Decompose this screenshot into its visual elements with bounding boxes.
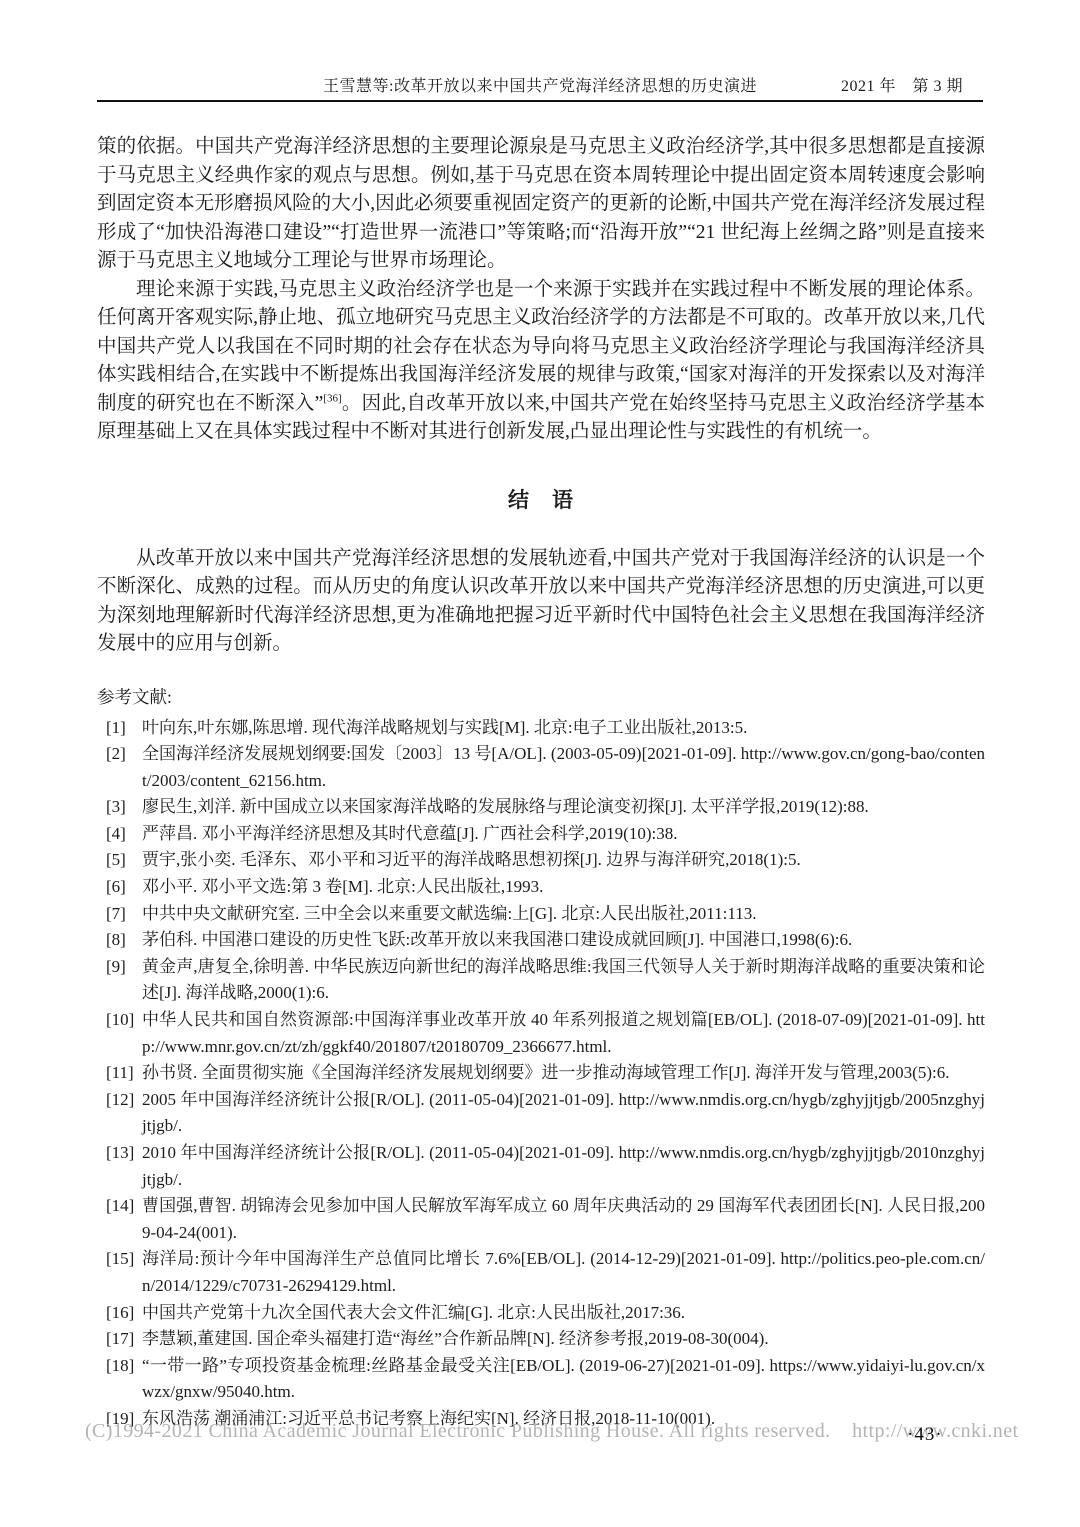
journal-page: 王雪慧等:改革开放以来中国共产党海洋经济思想的历史演进 2021 年 第 3 期… bbox=[0, 0, 1080, 1527]
reference-item: [12]2005 年中国海洋经济统计公报[R/OL]. (2011-05-04)… bbox=[106, 1087, 985, 1140]
reference-item: [13]2010 年中国海洋经济统计公报[R/OL]. (2011-05-04)… bbox=[106, 1140, 985, 1193]
reference-text: 全国海洋经济发展规划纲要:国发〔2003〕13 号[A/OL]. (2003-0… bbox=[142, 741, 985, 794]
reference-item: [11]孙书贤. 全面贯彻实施《全国海洋经济发展规划纲要》进一步推动海域管理工作… bbox=[106, 1060, 985, 1087]
reference-text: 叶向东,叶东娜,陈思增. 现代海洋战略规划与实践[M]. 北京:电子工业出版社,… bbox=[142, 715, 985, 742]
reference-item: [5]贾宇,张小奕. 毛泽东、邓小平和习近平的海洋战略思想初探[J]. 边界与海… bbox=[106, 847, 985, 874]
reference-item: [14]曹国强,曹智. 胡锦涛会见参加中国人民解放军海军成立 60 周年庆典活动… bbox=[106, 1193, 985, 1246]
conclusion-heading: 结 语 bbox=[97, 484, 985, 514]
reference-number: [8] bbox=[106, 927, 142, 954]
reference-text: 严萍昌. 邓小平海洋经济思想及其时代意蕴[J]. 广西社会科学,2019(10)… bbox=[142, 821, 985, 848]
reference-text: 中共中央文献研究室. 三中全会以来重要文献选编:上[G]. 北京:人民出版社,2… bbox=[142, 901, 985, 928]
paragraph-theory: 理论来源于实践,马克思主义政治经济学也是一个来源于实践并在实践过程中不断发展的理… bbox=[97, 276, 985, 447]
copyright-notice: (C)1994-2021 China Academic Journal Elec… bbox=[85, 1420, 1018, 1443]
reference-text: 2005 年中国海洋经济统计公报[R/OL]. (2011-05-04)[202… bbox=[142, 1087, 985, 1140]
reference-number: [12] bbox=[106, 1087, 142, 1140]
reference-number: [10] bbox=[106, 1007, 142, 1060]
reference-text: 孙书贤. 全面贯彻实施《全国海洋经济发展规划纲要》进一步推动海域管理工作[J].… bbox=[142, 1060, 985, 1087]
reference-number: [13] bbox=[106, 1140, 142, 1193]
reference-number: [14] bbox=[106, 1193, 142, 1246]
reference-number: [7] bbox=[106, 901, 142, 928]
reference-text: 海洋局:预计今年中国海洋生产总值同比增长 7.6%[EB/OL]. (2014-… bbox=[142, 1246, 985, 1299]
reference-text: 李慧颖,董建国. 国企牵头福建打造“海丝”合作新品牌[N]. 经济参考报,201… bbox=[142, 1326, 985, 1353]
reference-text: 曹国强,曹智. 胡锦涛会见参加中国人民解放军海军成立 60 周年庆典活动的 29… bbox=[142, 1193, 985, 1246]
reference-item: [1]叶向东,叶东娜,陈思增. 现代海洋战略规划与实践[M]. 北京:电子工业出… bbox=[106, 715, 985, 742]
reference-number: [15] bbox=[106, 1246, 142, 1299]
paragraph-continuation: 策的依据。中国共产党海洋经济思想的主要理论源泉是马克思主义政治经济学,其中很多思… bbox=[97, 133, 985, 276]
reference-item: [9]黄金声,唐复全,徐明善. 中华民族迈向新世纪的海洋战略思维:我国三代领导人… bbox=[106, 954, 985, 1007]
reference-number: [9] bbox=[106, 954, 142, 1007]
reference-text: 廖民生,刘洋. 新中国成立以来国家海洋战略的发展脉络与理论演变初探[J]. 太平… bbox=[142, 794, 985, 821]
reference-number: [6] bbox=[106, 874, 142, 901]
reference-text: 黄金声,唐复全,徐明善. 中华民族迈向新世纪的海洋战略思维:我国三代领导人关于新… bbox=[142, 954, 985, 1007]
page-number: ·43· bbox=[907, 1424, 943, 1446]
reference-text: 茅伯科. 中国港口建设的历史性飞跃:改革开放以来我国港口建设成就回顾[J]. 中… bbox=[142, 927, 985, 954]
header-rule bbox=[97, 100, 983, 102]
reference-item: [3]廖民生,刘洋. 新中国成立以来国家海洋战略的发展脉络与理论演变初探[J].… bbox=[106, 794, 985, 821]
reference-number: [11] bbox=[106, 1060, 142, 1087]
conclusion-paragraph: 从改革开放以来中国共产党海洋经济思想的发展轨迹看,中国共产党对于我国海洋经济的认… bbox=[97, 545, 985, 659]
reference-text: “一带一路”专项投资基金梳理:丝路基金最受关注[EB/OL]. (2019-06… bbox=[142, 1353, 985, 1406]
issue-info: 2021 年 第 3 期 bbox=[841, 73, 963, 96]
reference-text: 中华人民共和国自然资源部:中国海洋事业改革开放 40 年系列报道之规划篇[EB/… bbox=[142, 1007, 985, 1060]
page-header: 王雪慧等:改革开放以来中国共产党海洋经济思想的历史演进 2021 年 第 3 期 bbox=[97, 0, 983, 97]
reference-item: [2]全国海洋经济发展规划纲要:国发〔2003〕13 号[A/OL]. (200… bbox=[106, 741, 985, 794]
reference-number: [3] bbox=[106, 794, 142, 821]
reference-number: [5] bbox=[106, 847, 142, 874]
reference-number: [1] bbox=[106, 715, 142, 742]
reference-item: [8]茅伯科. 中国港口建设的历史性飞跃:改革开放以来我国港口建设成就回顾[J]… bbox=[106, 927, 985, 954]
reference-item: [17]李慧颖,董建国. 国企牵头福建打造“海丝”合作新品牌[N]. 经济参考报… bbox=[106, 1326, 985, 1353]
reference-text: 2010 年中国海洋经济统计公报[R/OL]. (2011-05-04)[202… bbox=[142, 1140, 985, 1193]
reference-item: [7]中共中央文献研究室. 三中全会以来重要文献选编:上[G]. 北京:人民出版… bbox=[106, 901, 985, 928]
reference-number: [16] bbox=[106, 1300, 142, 1327]
reference-text: 贾宇,张小奕. 毛泽东、邓小平和习近平的海洋战略思想初探[J]. 边界与海洋研究… bbox=[142, 847, 985, 874]
reference-item: [18]“一带一路”专项投资基金梳理:丝路基金最受关注[EB/OL]. (201… bbox=[106, 1353, 985, 1406]
citation-marker-36: [36] bbox=[323, 392, 341, 404]
page-footer: (C)1994-2021 China Academic Journal Elec… bbox=[85, 1420, 1080, 1450]
reference-item: [16]中国共产党第十九次全国代表大会文件汇编[G]. 北京:人民出版社,201… bbox=[106, 1300, 985, 1327]
reference-text: 中国共产党第十九次全国代表大会文件汇编[G]. 北京:人民出版社,2017:36… bbox=[142, 1300, 985, 1327]
reference-text: 邓小平. 邓小平文选:第 3 卷[M]. 北京:人民出版社,1993. bbox=[142, 874, 985, 901]
page-content: 策的依据。中国共产党海洋经济思想的主要理论源泉是马克思主义政治经济学,其中很多思… bbox=[97, 133, 985, 1433]
reference-item: [4]严萍昌. 邓小平海洋经济思想及其时代意蕴[J]. 广西社会科学,2019(… bbox=[106, 821, 985, 848]
references-heading: 参考文献: bbox=[97, 686, 985, 708]
reference-number: [18] bbox=[106, 1353, 142, 1406]
reference-item: [10]中华人民共和国自然资源部:中国海洋事业改革开放 40 年系列报道之规划篇… bbox=[106, 1007, 985, 1060]
reference-number: [2] bbox=[106, 741, 142, 794]
reference-item: [15]海洋局:预计今年中国海洋生产总值同比增长 7.6%[EB/OL]. (2… bbox=[106, 1246, 985, 1299]
reference-item: [6]邓小平. 邓小平文选:第 3 卷[M]. 北京:人民出版社,1993. bbox=[106, 874, 985, 901]
reference-number: [4] bbox=[106, 821, 142, 848]
reference-list: [1]叶向东,叶东娜,陈思增. 现代海洋战略规划与实践[M]. 北京:电子工业出… bbox=[97, 715, 985, 1433]
reference-number: [17] bbox=[106, 1326, 142, 1353]
copyright-text: (C)1994-2021 China Academic Journal Elec… bbox=[85, 1420, 831, 1442]
